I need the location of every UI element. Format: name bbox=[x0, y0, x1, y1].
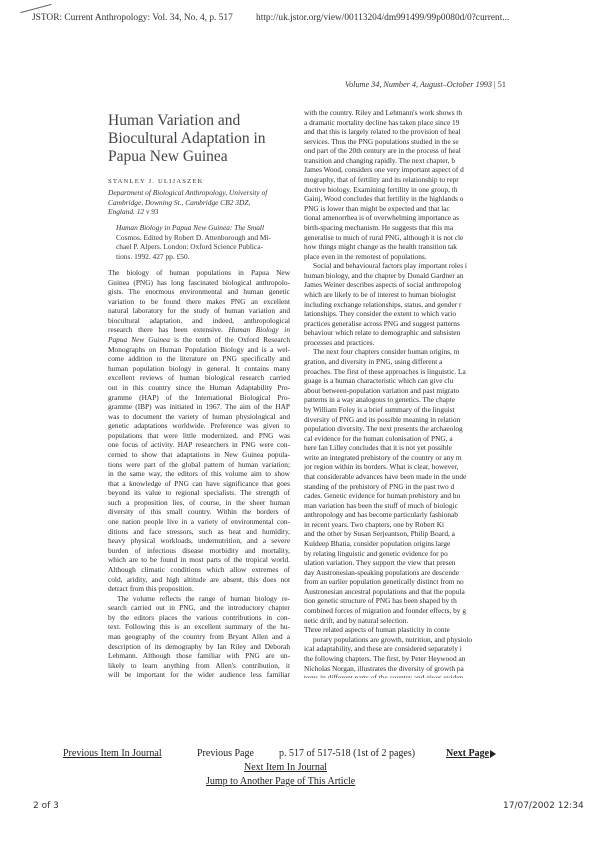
citation-line: tions. 1992. 427 pp. £50. bbox=[116, 252, 290, 262]
text-line: here Ian Lilley concludes that it is not… bbox=[304, 443, 596, 453]
text-line: out in this country since the Human Adap… bbox=[108, 383, 290, 393]
text-line: beyond its value to regional specialists… bbox=[108, 488, 290, 498]
text-line: tional amenorrhea is of overwhelming imp… bbox=[304, 213, 596, 223]
title-line: Papua New Guinea bbox=[108, 148, 266, 166]
affiliation-line: Cambridge, Downing St., Cambridge CB2 3D… bbox=[108, 198, 290, 208]
text-line: gramme (HAP) of the International Biolog… bbox=[108, 393, 290, 403]
text-line: about between-population variation and p… bbox=[304, 386, 596, 396]
author-affiliation: Department of Biological Anthropology, U… bbox=[108, 188, 290, 217]
jump-to-page-label[interactable]: Jump to Another Page of This Article bbox=[206, 776, 355, 787]
text-line: natural laboratory for the study of huma… bbox=[108, 306, 290, 316]
text-line: by relating linguistic and genetic evide… bbox=[304, 549, 596, 559]
next-page-label[interactable]: Next Page bbox=[446, 748, 489, 759]
text-line: The biology of human populations in Papu… bbox=[108, 268, 290, 278]
text-line: patterns in a way analogous to genetics.… bbox=[304, 395, 596, 405]
title-line: Human Variation and bbox=[108, 112, 266, 130]
text-line: tions were part of the global pattern of… bbox=[108, 460, 290, 470]
text-line: come addition to the literature on PNG s… bbox=[108, 354, 290, 364]
text-line: transition and changing rapidly. The nex… bbox=[304, 156, 596, 166]
text-line: likely to learn anything from Allen's co… bbox=[108, 661, 290, 671]
text-line: including exchange relationships, status… bbox=[304, 300, 596, 310]
title-line: Biocultural Adaptation in bbox=[108, 130, 266, 148]
text-line: ulation variation. They support the view… bbox=[304, 558, 596, 568]
text-line: practices generalise across PNG and sugg… bbox=[304, 319, 596, 329]
text-line: combined forces of migration and founder… bbox=[304, 606, 596, 616]
text-line: behaviour which relate to demographic an… bbox=[304, 328, 596, 338]
text-line: man geography of the country from Bryant… bbox=[108, 632, 290, 642]
previous-page-label: Previous Page bbox=[197, 748, 254, 759]
text-line: excellent reviews of human biological re… bbox=[108, 373, 290, 383]
text-line: a dramatic mortality decline has taken p… bbox=[304, 118, 596, 128]
text-line: processes and practices. bbox=[304, 338, 596, 348]
text-line: that a knowledge of PNG can have signifi… bbox=[108, 479, 290, 489]
text-line: James Weiner describes aspects of social… bbox=[304, 280, 596, 290]
running-head-text: Volume 34, Number 4, August–October 1993 bbox=[345, 80, 492, 89]
text-line: Monographs on Human Population Biology a… bbox=[108, 345, 290, 355]
text-line: detract from this proposition. bbox=[108, 584, 290, 594]
text-line: day Austronesian-speaking populations ar… bbox=[304, 568, 596, 578]
text-line: search carried out in PNG, and the intro… bbox=[108, 603, 290, 613]
text-line: Guinea (PNG) has long fascinated biologi… bbox=[108, 278, 290, 288]
text-line: lationships. They consider the extent to… bbox=[304, 309, 596, 319]
text-line: by William Foley is a brief summary of t… bbox=[304, 405, 596, 415]
text-line: one focus of activity. HAP researchers i… bbox=[108, 440, 290, 450]
next-item-link[interactable]: Next Item In Journal bbox=[244, 762, 327, 773]
running-page-number: 51 bbox=[498, 80, 506, 89]
browser-page-title: JSTOR: Current Anthropology: Vol. 34, No… bbox=[32, 13, 233, 23]
text-line: which are to be found in most parts of t… bbox=[108, 555, 290, 565]
text-line: heavy physical workloads, undernutrition… bbox=[108, 536, 290, 546]
article-title: Human Variation and Biocultural Adaptati… bbox=[108, 112, 266, 166]
text-line: Kuldeep Bhatia, consider population orig… bbox=[304, 539, 596, 549]
text-line: standing of the prehistory of PNG in the… bbox=[304, 482, 596, 492]
text-line: porary populations are growth, nutrition… bbox=[304, 635, 596, 645]
text-line: the following chapters. The first, by Pe… bbox=[304, 654, 596, 664]
text-line: Gainj, Wood concludes that fertility in … bbox=[304, 194, 596, 204]
next-item-label[interactable]: Next Item In Journal bbox=[244, 762, 327, 773]
affiliation-line: Department of Biological Anthropology, U… bbox=[108, 188, 290, 198]
text-line: cold, aridity, and high altitude are abs… bbox=[108, 575, 290, 585]
text-line: jor region within its borders. What is c… bbox=[304, 462, 596, 472]
text-line: research there has been extensive. Human… bbox=[108, 325, 290, 335]
text-line: biocultural adaptation, and indeed, anth… bbox=[108, 316, 290, 326]
text-line: Austronesian ancestral populations and t… bbox=[304, 587, 596, 597]
text-line: ical adaptability, and these are conside… bbox=[304, 644, 596, 654]
text-line: such a proposition lies, of course, in t… bbox=[108, 498, 290, 508]
text-line: birth-spacing mechanism. He suggests tha… bbox=[304, 223, 596, 233]
body-column-right: with the country. Riley and Lehmann's wo… bbox=[304, 108, 596, 678]
book-citation: Human Biology in Papua New Guinea: The S… bbox=[116, 223, 290, 261]
text-line: burden of infectious disease morbidity a… bbox=[108, 546, 290, 556]
text-line: human population biology in general. It … bbox=[108, 364, 290, 374]
text-line: Lehmann. Although those familiar with PN… bbox=[108, 651, 290, 661]
text-line: variation to be found there makes PNG an… bbox=[108, 297, 290, 307]
text-line: and that this is largely related to the … bbox=[304, 127, 596, 137]
text-line: that considerable advances have been mad… bbox=[304, 472, 596, 482]
text-line: place even in the remotest of population… bbox=[304, 252, 596, 262]
text-line: diversity of PNG and its possible meanin… bbox=[304, 415, 596, 425]
previous-item-label[interactable]: Previous Item In Journal bbox=[63, 748, 162, 759]
text-line: write an integrated prehistory of the co… bbox=[304, 453, 596, 463]
text-line: will be important for the wider audience… bbox=[108, 670, 290, 680]
text-line: ditions and face stressors, such as heat… bbox=[108, 527, 290, 537]
text-line: cerned to show that adaptations in New G… bbox=[108, 450, 290, 460]
text-line: ductive biology. Examining fertility in … bbox=[304, 185, 596, 195]
text-line: cades. Genetic evidence for human prehis… bbox=[304, 491, 596, 501]
print-page-count: 2 of 3 bbox=[33, 801, 59, 811]
scan-mark bbox=[20, 4, 51, 13]
citation-line: Human Biology in Papua New Guinea: The S… bbox=[116, 223, 290, 233]
text-line: and the other by Susan Serjeantson, Phil… bbox=[304, 529, 596, 539]
text-line: PNG is lower than might be expected and … bbox=[304, 204, 596, 214]
text-line: cal evidence for the human colonisation … bbox=[304, 434, 596, 444]
text-line: James Wood, considers one very important… bbox=[304, 165, 596, 175]
text-line: Social and behavioural factors play impo… bbox=[304, 261, 596, 271]
affiliation-line: England. 12 v 93 bbox=[108, 207, 290, 217]
text-line: in recent years. Two chapters, one by Ro… bbox=[304, 520, 596, 530]
text-line: population diversity. The next presents … bbox=[304, 424, 596, 434]
text-line: by the editors places the various contri… bbox=[108, 613, 290, 623]
text-line: gists. The enormous environmental and hu… bbox=[108, 287, 290, 297]
body-column-left: The biology of human populations in Papu… bbox=[108, 268, 290, 680]
citation-line: chael P. Alpers. London: Oxford Science … bbox=[116, 242, 290, 252]
text-line: tion genetic structure of PNG has been s… bbox=[304, 596, 596, 606]
play-arrow-icon[interactable] bbox=[490, 750, 496, 758]
text-line: services. Thus the PNG populations studi… bbox=[304, 137, 596, 147]
text-line: gramme (IBP) was initiated in 1967. The … bbox=[108, 402, 290, 412]
text-line: mography, that of fertility and its rela… bbox=[304, 175, 596, 185]
previous-item-link[interactable]: Previous Item In Journal bbox=[63, 748, 162, 759]
text-line: The volume reflects the range of human b… bbox=[108, 594, 290, 604]
text-line: Nicholas Norgan, illustrates the diversi… bbox=[304, 664, 596, 674]
text-line: Although climatic conditions which allow… bbox=[108, 565, 290, 575]
jump-to-page-link[interactable]: Jump to Another Page of This Article bbox=[206, 776, 355, 787]
browser-url: http://uk.jstor.org/view/00113204/dm9914… bbox=[256, 13, 509, 23]
text-line: ond part of the 20th century are in the … bbox=[304, 146, 596, 156]
text-line: guage is a human characteristic which ca… bbox=[304, 376, 596, 386]
text-line: text. Following this is an excellent sum… bbox=[108, 622, 290, 632]
text-line: with the country. Riley and Lehmann's wo… bbox=[304, 108, 596, 118]
text-line: The next four chapters consider human or… bbox=[304, 347, 596, 357]
page-indicator: p. 517 of 517-518 (1st of 2 pages) bbox=[279, 748, 415, 759]
text-line: which are likely to be of interest to hu… bbox=[304, 290, 596, 300]
text-line: proaches. The first of these approaches … bbox=[304, 367, 596, 377]
text-line: generalise to much of rural PNG, althoug… bbox=[304, 233, 596, 243]
text-line: how things might change as the health tr… bbox=[304, 242, 596, 252]
text-line: one nation people live in a variety of e… bbox=[108, 517, 290, 527]
text-line: Three related aspects of human plasticit… bbox=[304, 625, 596, 635]
text-line: was to document the variety of human phy… bbox=[108, 412, 290, 422]
text-line: terns in different parts of the country … bbox=[304, 673, 596, 678]
text-line: diversity of this small country. Within … bbox=[108, 507, 290, 517]
text-line: populations that were little modernized,… bbox=[108, 431, 290, 441]
text-line: genetic adaptations worldwide. Preferenc… bbox=[108, 421, 290, 431]
author-name: STANLEY J. ULIJASZEK bbox=[108, 178, 204, 185]
text-line: anthropology and has become particularly… bbox=[304, 510, 596, 520]
text-line: gration, and diversity in PNG, using dif… bbox=[304, 357, 596, 367]
text-line: human biology, and the chapter by Donald… bbox=[304, 271, 596, 281]
text-line: description of its demography by Ian Ril… bbox=[108, 642, 290, 652]
citation-line: Cosmos. Edited by Robert D. Attenborough… bbox=[116, 233, 290, 243]
text-line: from an earlier population genetically d… bbox=[304, 577, 596, 587]
running-head: Volume 34, Number 4, August–October 1993… bbox=[345, 80, 506, 89]
next-page-link[interactable]: Next Page bbox=[446, 748, 496, 759]
print-timestamp: 17/07/2002 12:34 bbox=[503, 801, 584, 811]
text-line: in the same way, the editors of this vol… bbox=[108, 469, 290, 479]
text-line: Papua New Guinea is the tenth of the Oxf… bbox=[108, 335, 290, 345]
text-line: man variation has been the stuff of much… bbox=[304, 501, 596, 511]
text-line: netic drift, and by natural selection. bbox=[304, 616, 596, 626]
